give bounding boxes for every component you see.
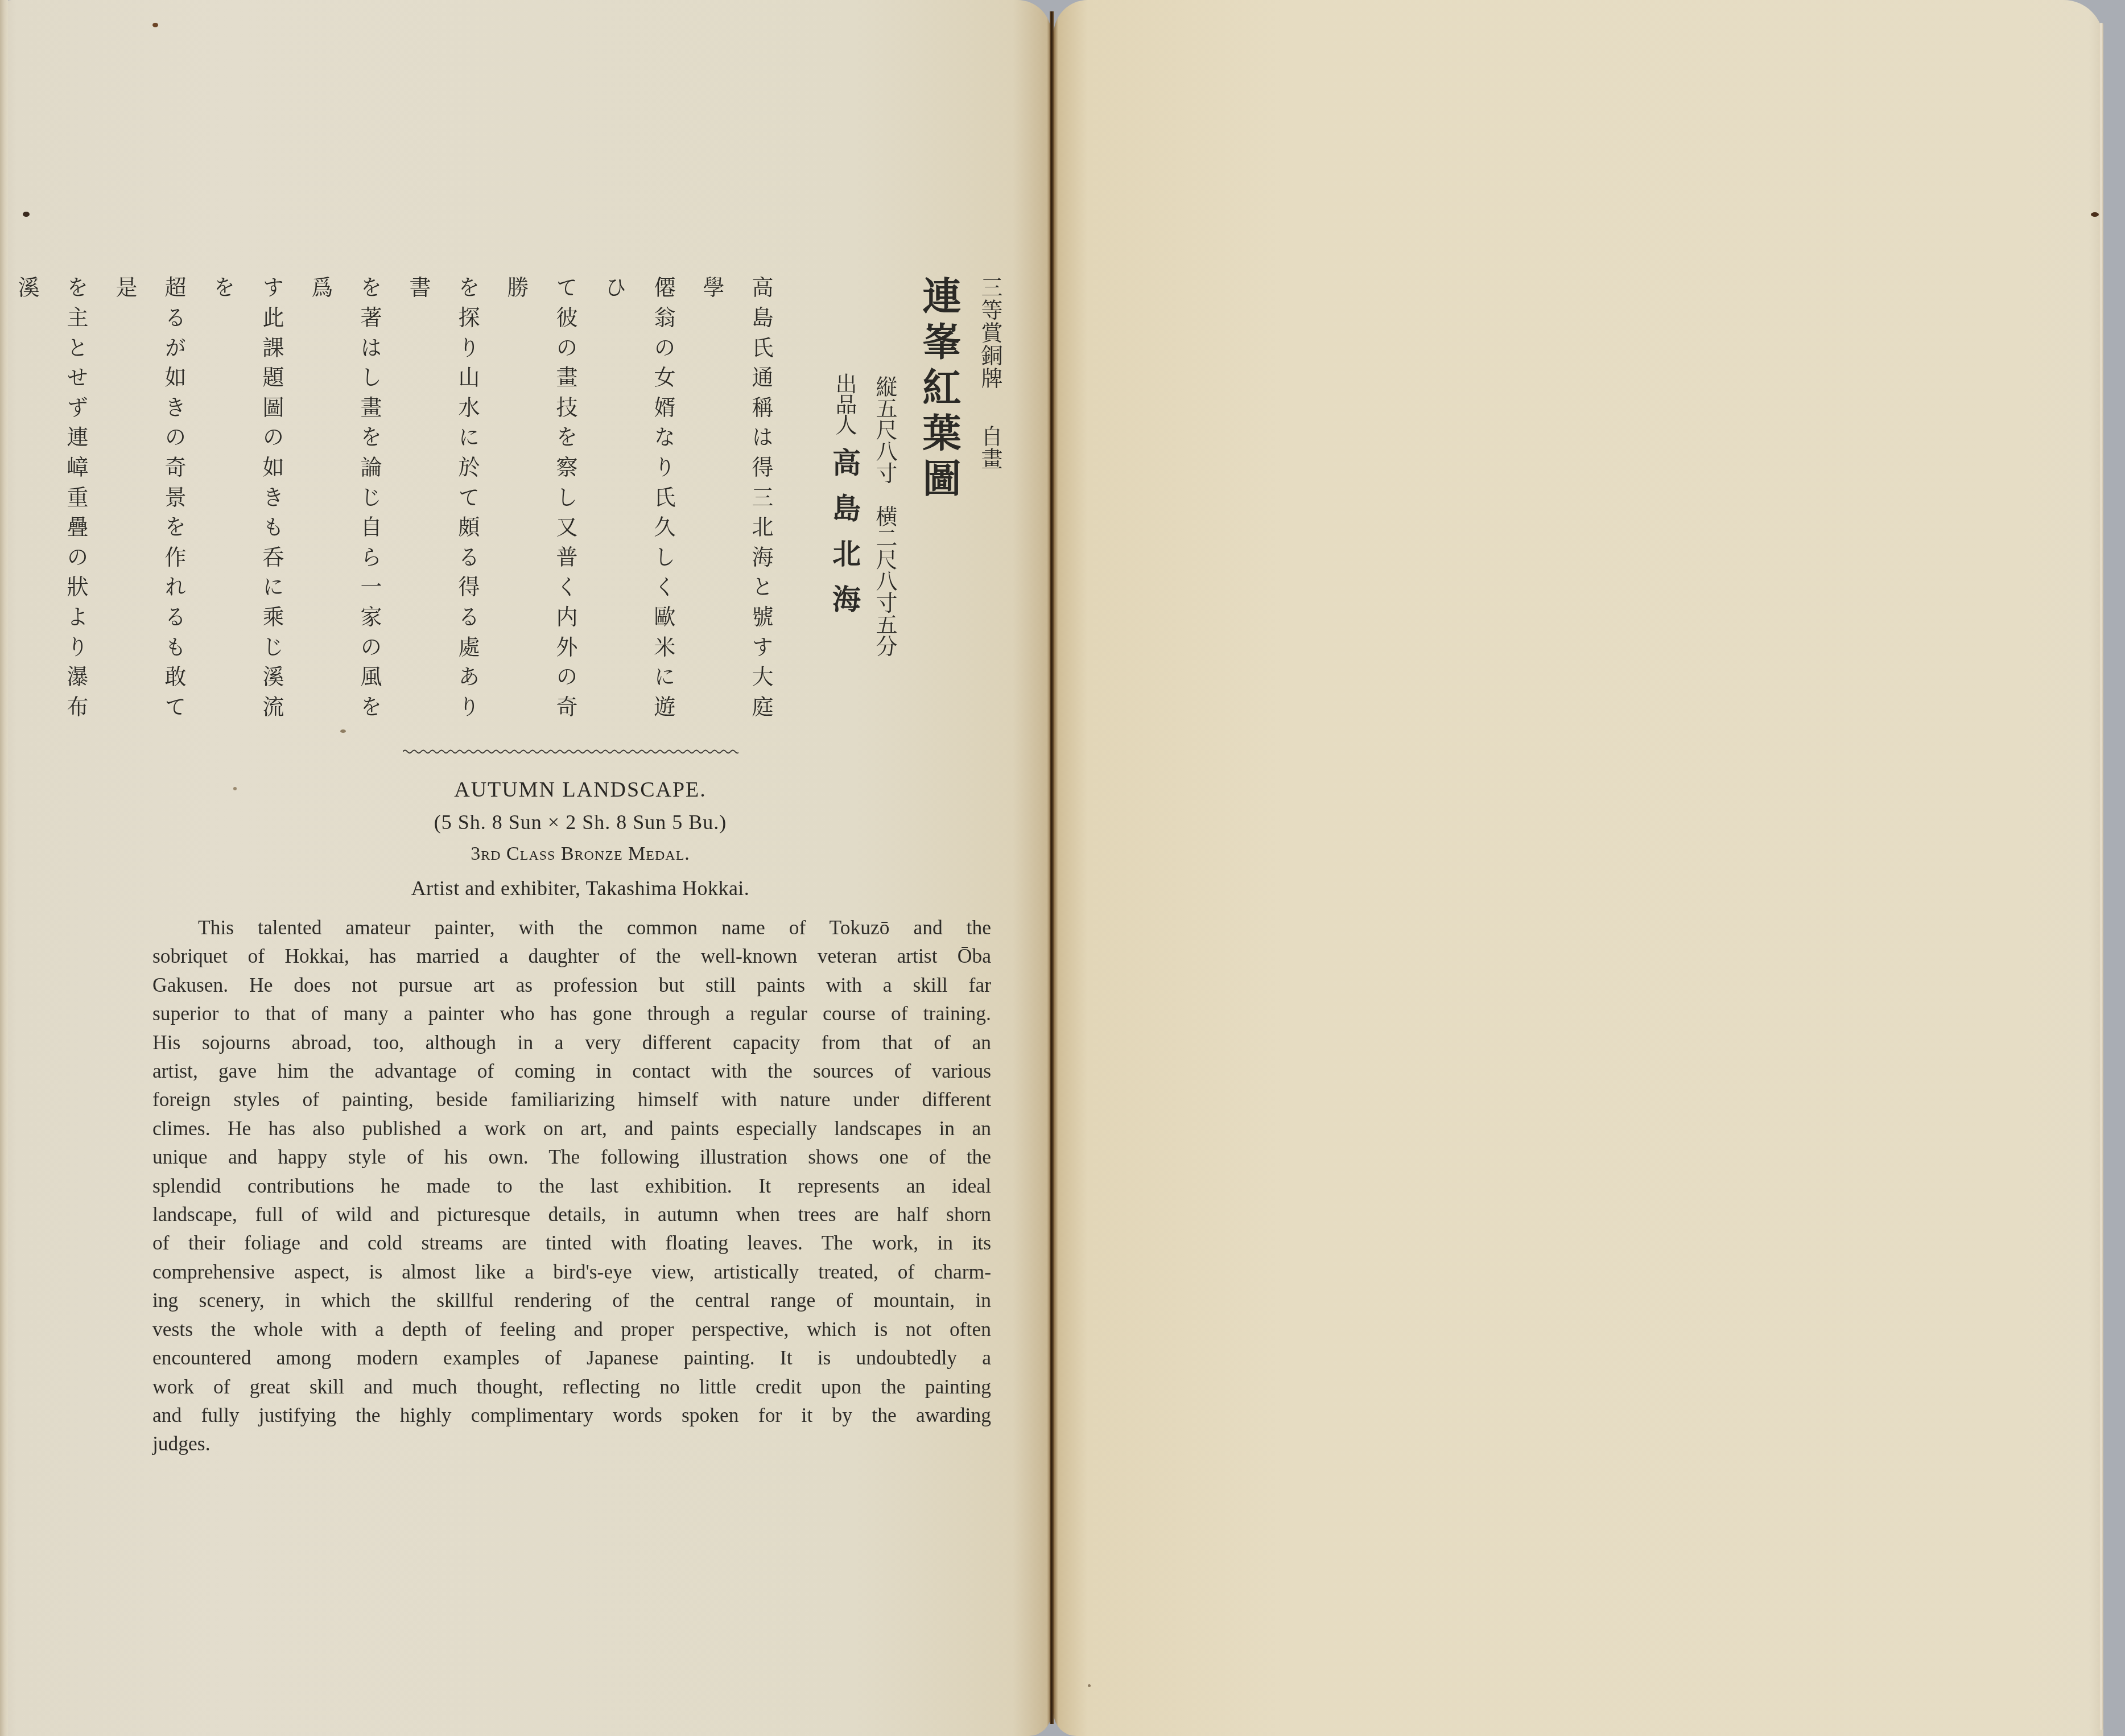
japanese-column: を探り山水に於て頗る得る處あり書 xyxy=(394,276,492,748)
body-line: landscape, full of wild and picturesque … xyxy=(152,1200,991,1228)
japanese-column: 高島氏通稱は得三北海と號す大庭學 xyxy=(687,276,785,748)
page-edge xyxy=(2099,23,2103,1730)
size-height: 縦五尺八寸 xyxy=(872,376,897,484)
japanese-column: 水の迂曲せる等最も布置に意を用ふ xyxy=(0,276,2,748)
japanese-title: 連峯紅葉圖 xyxy=(916,276,962,504)
english-title: AUTUMN LANDSCAPE. xyxy=(171,777,990,802)
award-text: 三等賞銅牌 xyxy=(977,276,1002,390)
japanese-column: す此課題圖の如きも呑に乘じ溪流を xyxy=(198,276,296,748)
japanese-column: を主とせず連嶂重疊の狀より瀑布溪 xyxy=(2,276,100,748)
body-line: Gakusen. He does not pursue art as profe… xyxy=(152,971,991,999)
japanese-body: 高島氏通稱は得三北海と號す大庭學 僊翁の女婿なり氏久しく歐米に遊ひ て彼の畫技を… xyxy=(0,276,785,748)
book-spread: 三等賞銅牌 自畫 連峯紅葉圖 縦五尺八寸 横二尺八寸五分 出品人高島北海 高島氏… xyxy=(0,0,2125,1736)
award-label: 三等賞銅牌 自畫 xyxy=(979,276,1001,471)
japanese-column: 超るが如きの奇景を作れるも敢て是 xyxy=(100,276,198,748)
self-painted-label: 自畫 xyxy=(977,402,1002,471)
paper-speck xyxy=(152,23,158,27)
paper-speck xyxy=(1088,1684,1091,1687)
body-line: sobriquet of Hokkai, has married a daugh… xyxy=(152,942,991,970)
exhibitor-label: 出品人 xyxy=(832,373,857,434)
english-body: This talented amateur painter, with the … xyxy=(152,913,991,1458)
exhibitor: 出品人高島北海 xyxy=(830,373,859,630)
right-page xyxy=(1054,0,2103,1736)
paper-speck xyxy=(2091,212,2099,217)
japanese-column: て彼の畫技を察し又普く内外の奇勝 xyxy=(492,276,589,748)
body-line: ing scenery, in which the skillful rende… xyxy=(152,1286,991,1314)
size-width: 横二尺八寸五分 xyxy=(872,505,897,657)
body-line: work of great skill and much thought, re… xyxy=(152,1372,991,1401)
body-line: comprehensive aspect, is almost like a b… xyxy=(152,1257,991,1286)
body-line: His sojourns abroad, too, although in a … xyxy=(152,1028,991,1057)
exhibitor-name: 高島北海 xyxy=(828,448,861,630)
left-page: 三等賞銅牌 自畫 連峯紅葉圖 縦五尺八寸 横二尺八寸五分 出品人高島北海 高島氏… xyxy=(0,0,1051,1736)
book-spine xyxy=(1050,11,1054,1724)
body-line: This talented amateur painter, with the … xyxy=(152,913,991,942)
body-line: foreign styles of painting, beside famil… xyxy=(152,1085,991,1114)
wavy-rule-ornament xyxy=(403,747,738,756)
english-dimensions: (5 Sh. 8 Sun × 2 Sh. 8 Sun 5 Bu.) xyxy=(171,810,990,834)
medal-label: 3rd Class Bronze Medal. xyxy=(171,843,990,865)
paper-speck xyxy=(23,212,30,217)
body-line: encountered among modern examples of Jap… xyxy=(152,1343,991,1372)
body-line: artist, gave him the advantage of coming… xyxy=(152,1057,991,1085)
body-line: judges. xyxy=(152,1429,991,1458)
body-line: unique and happy style of his own. The f… xyxy=(152,1143,991,1171)
japanese-column: を著はし畫を論じ自ら一家の風を爲 xyxy=(296,276,394,748)
body-line: splendid contributions he made to the la… xyxy=(152,1172,991,1200)
japanese-text-block: 三等賞銅牌 自畫 連峯紅葉圖 縦五尺八寸 横二尺八寸五分 出品人高島北海 高島氏… xyxy=(171,276,1001,748)
body-line: climes. He has also published a work on … xyxy=(152,1114,991,1143)
artist-credit: Artist and exhibiter, Takashima Hokkai. xyxy=(171,876,990,900)
size-label: 縦五尺八寸 横二尺八寸五分 xyxy=(873,376,896,657)
body-line: and fully justifying the highly complime… xyxy=(152,1401,991,1429)
body-line: superior to that of many a painter who h… xyxy=(152,999,991,1028)
japanese-column: 僊翁の女婿なり氏久しく歐米に遊ひ xyxy=(589,276,687,748)
body-line: vests the whole with a depth of feeling … xyxy=(152,1315,991,1343)
body-line: of their foliage and cold streams are ti… xyxy=(152,1228,991,1257)
